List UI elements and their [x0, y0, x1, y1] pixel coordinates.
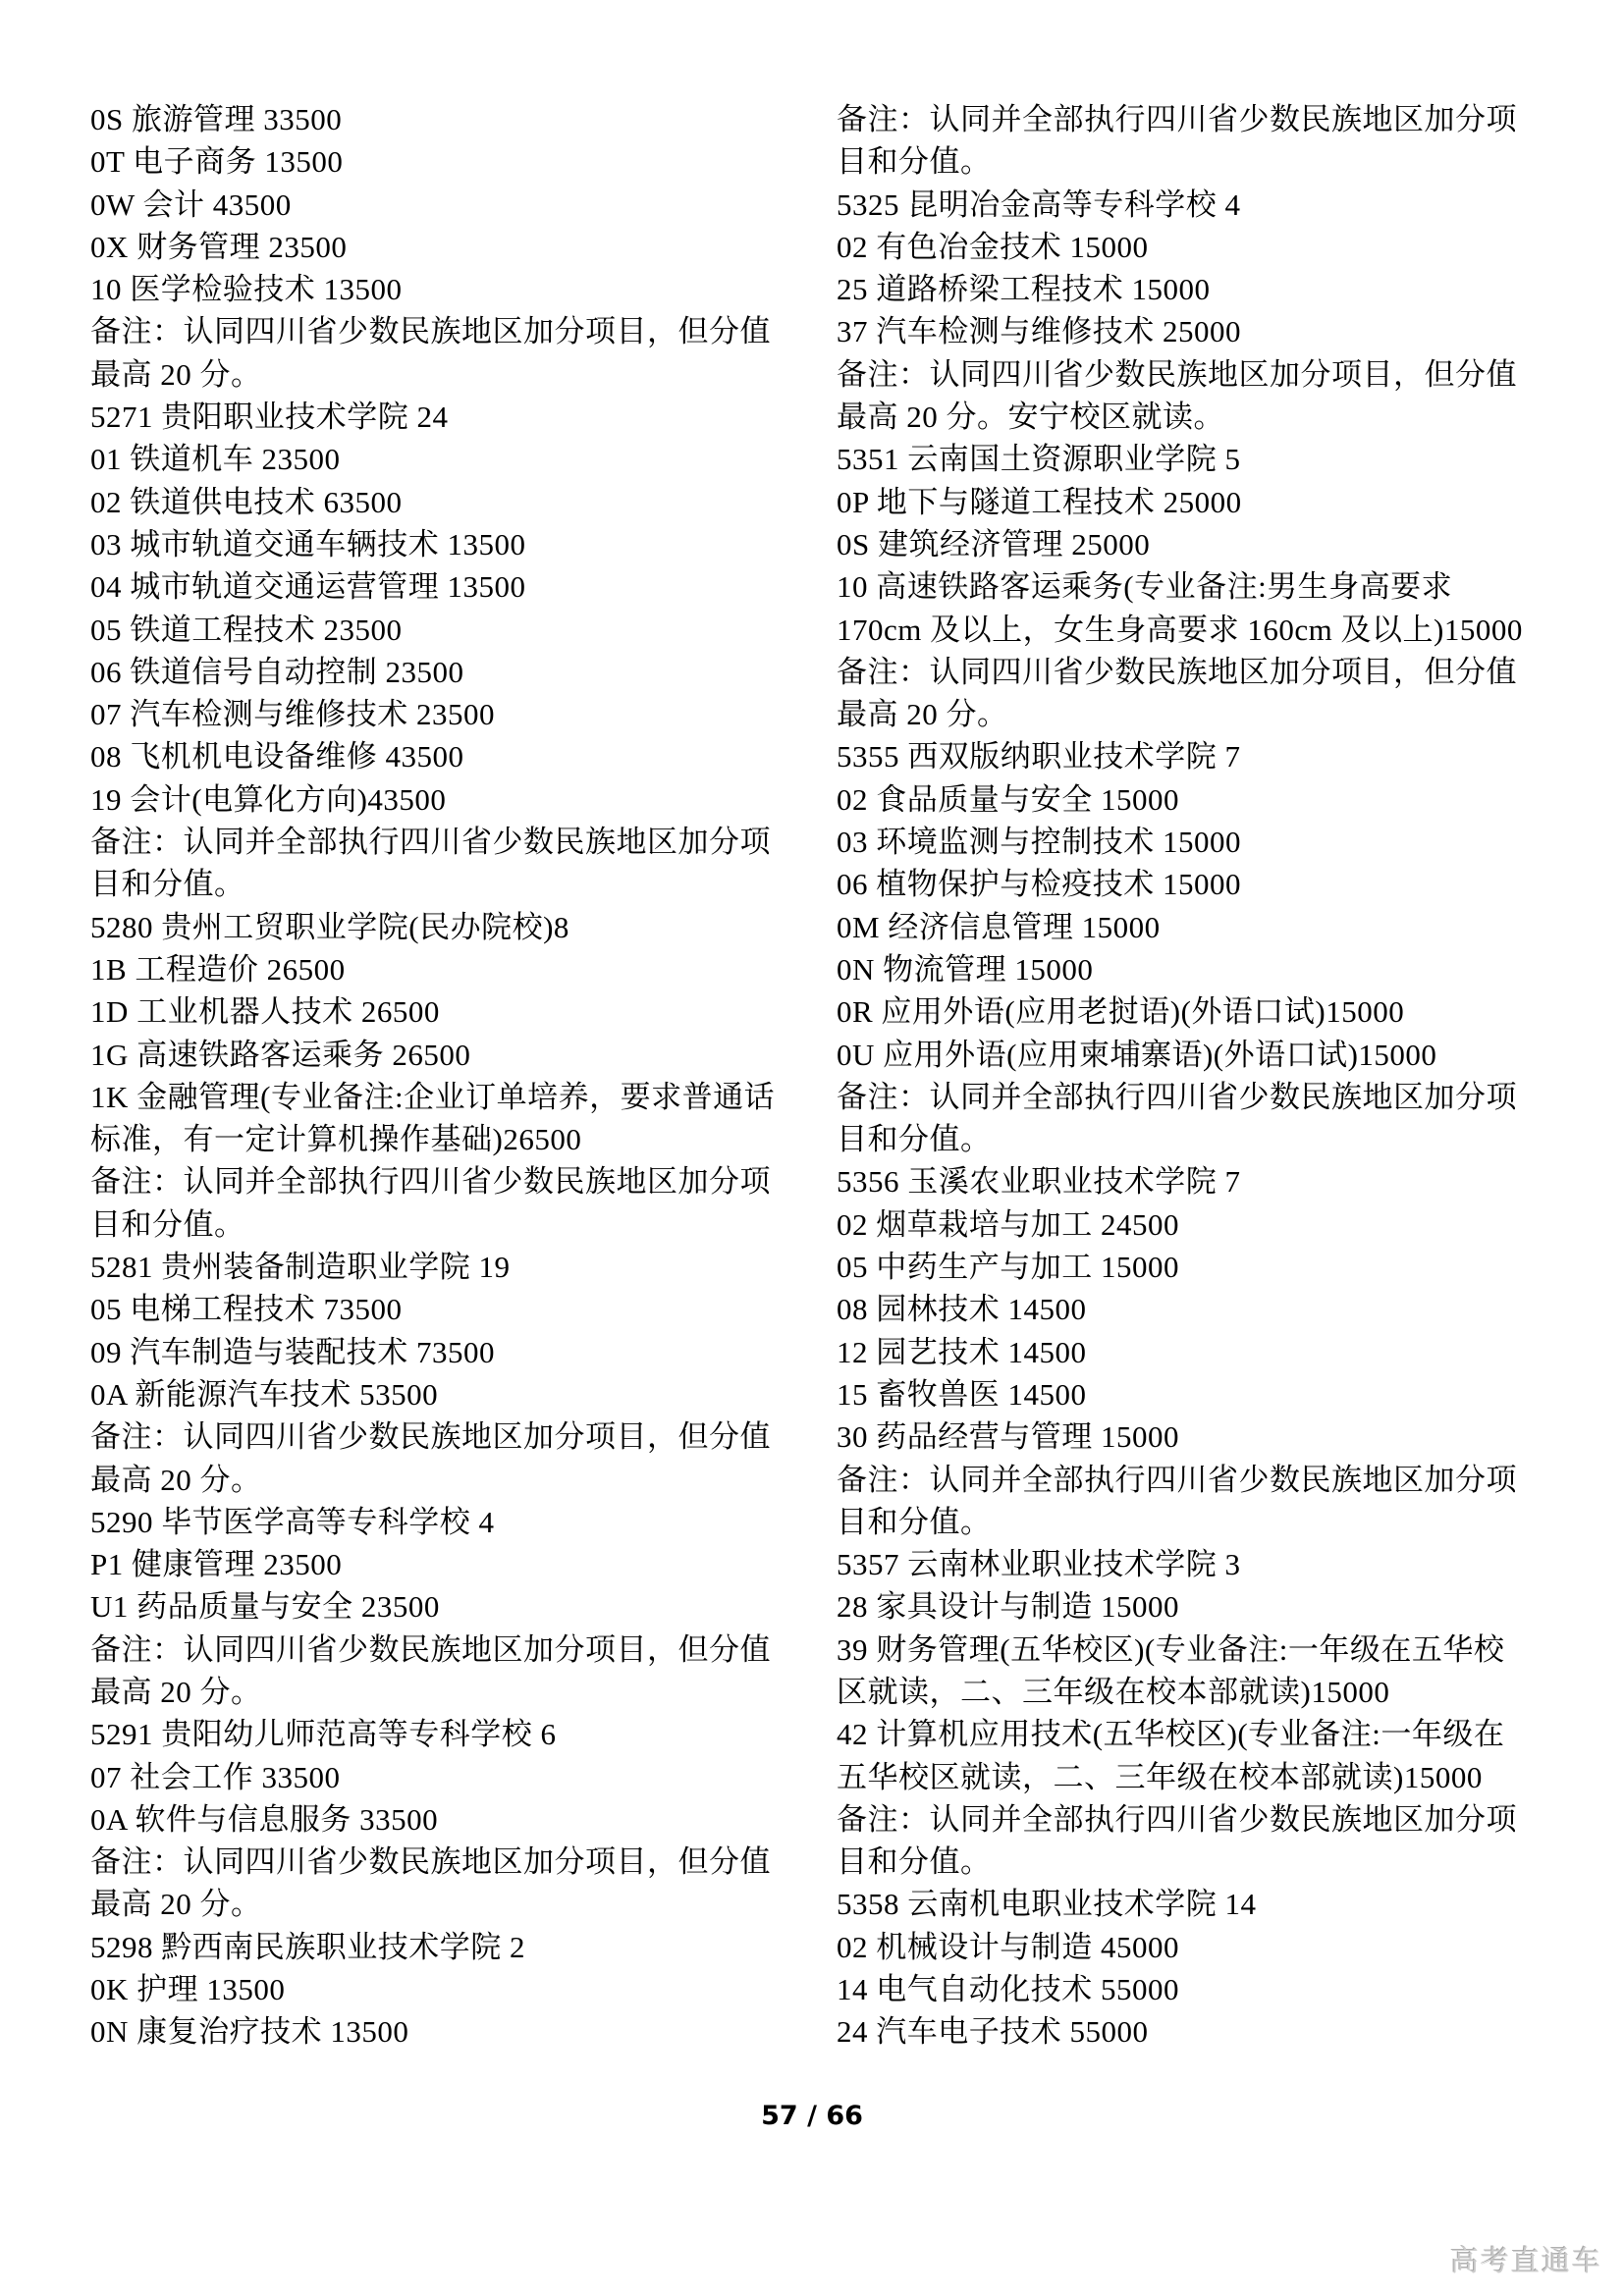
- text-line: 0W 会计 43500: [90, 184, 792, 226]
- text-line: 14 电气自动化技术 55000: [837, 1968, 1539, 2010]
- text-line: 30 药品经营与管理 15000: [837, 1415, 1539, 1458]
- text-line: 15 畜牧兽医 14500: [837, 1373, 1539, 1415]
- text-line: 08 园林技术 14500: [837, 1288, 1539, 1330]
- text-line: 02 有色冶金技术 15000: [837, 226, 1539, 268]
- text-line: 备注：认同四川省少数民族地区加分项目，但分值: [837, 353, 1539, 396]
- text-line: 5351 云南国土资源职业学院 5: [837, 438, 1539, 480]
- text-line: 05 电梯工程技术 73500: [90, 1288, 792, 1330]
- text-line: 最高 20 分。: [837, 693, 1539, 735]
- text-line: 目和分值。: [90, 863, 792, 905]
- text-line: 备注：认同四川省少数民族地区加分项目，但分值: [90, 1841, 792, 1883]
- text-line: 0R 应用外语(应用老挝语)(外语口试)15000: [837, 990, 1539, 1033]
- text-line: 0X 财务管理 23500: [90, 226, 792, 268]
- text-line: 01 铁道机车 23500: [90, 438, 792, 480]
- text-line: 备注：认同并全部执行四川省少数民族地区加分项: [837, 1798, 1539, 1841]
- text-line: 02 铁道供电技术 63500: [90, 481, 792, 523]
- text-line: 12 园艺技术 14500: [837, 1331, 1539, 1373]
- text-line: 0A 软件与信息服务 33500: [90, 1798, 792, 1841]
- text-line: 备注：认同四川省少数民族地区加分项目，但分值: [90, 1629, 792, 1671]
- right-column: 备注：认同并全部执行四川省少数民族地区加分项目和分值。5325 昆明冶金高等专科…: [837, 98, 1539, 2054]
- text-line: 5290 毕节医学高等专科学校 4: [90, 1501, 792, 1543]
- text-line: 0K 护理 13500: [90, 1968, 792, 2010]
- text-line: 最高 20 分。: [90, 1459, 792, 1501]
- text-line: 备注：认同四川省少数民族地区加分项目，但分值: [90, 1415, 792, 1458]
- text-line: U1 药品质量与安全 23500: [90, 1585, 792, 1628]
- text-line: 07 社会工作 33500: [90, 1756, 792, 1798]
- text-line: 5291 贵阳幼儿师范高等专科学校 6: [90, 1713, 792, 1755]
- text-line: 0M 经济信息管理 15000: [837, 906, 1539, 948]
- text-line: 02 机械设计与制造 45000: [837, 1926, 1539, 1968]
- text-line: 备注：认同并全部执行四川省少数民族地区加分项: [90, 821, 792, 863]
- text-line: 5271 贵阳职业技术学院 24: [90, 396, 792, 438]
- text-line: 0T 电子商务 13500: [90, 140, 792, 183]
- text-line: 0N 康复治疗技术 13500: [90, 2010, 792, 2053]
- text-line: 目和分值。: [90, 1203, 792, 1246]
- text-line: 备注：认同并全部执行四川省少数民族地区加分项: [837, 1076, 1539, 1118]
- text-line: 五华校区就读，二、三年级在校本部就读)15000: [837, 1756, 1539, 1798]
- text-line: 02 食品质量与安全 15000: [837, 778, 1539, 821]
- text-line: 06 铁道信号自动控制 23500: [90, 651, 792, 693]
- text-line: 24 汽车电子技术 55000: [837, 2010, 1539, 2053]
- text-line: 标准，有一定计算机操作基础)26500: [90, 1118, 792, 1160]
- text-line: 最高 20 分。安宁校区就读。: [837, 396, 1539, 438]
- text-line: 1G 高速铁路客运乘务 26500: [90, 1034, 792, 1076]
- text-line: 5280 贵州工贸职业学院(民办院校)8: [90, 906, 792, 948]
- text-line: 5298 黔西南民族职业技术学院 2: [90, 1926, 792, 1968]
- text-line: 备注：认同四川省少数民族地区加分项目，但分值: [837, 651, 1539, 693]
- text-line: 03 环境监测与控制技术 15000: [837, 821, 1539, 863]
- text-line: 19 会计(电算化方向)43500: [90, 778, 792, 821]
- text-line: 0P 地下与隧道工程技术 25000: [837, 481, 1539, 523]
- text-line: 10 医学检验技术 13500: [90, 268, 792, 310]
- text-line: 备注：认同四川省少数民族地区加分项目，但分值: [90, 310, 792, 352]
- text-line: 39 财务管理(五华校区)(专业备注:一年级在五华校: [837, 1629, 1539, 1671]
- text-line: 5357 云南林业职业技术学院 3: [837, 1543, 1539, 1585]
- text-line: 09 汽车制造与装配技术 73500: [90, 1331, 792, 1373]
- text-line: 04 城市轨道交通运营管理 13500: [90, 565, 792, 608]
- text-line: 最高 20 分。: [90, 1883, 792, 1925]
- text-line: 备注：认同并全部执行四川省少数民族地区加分项: [837, 98, 1539, 140]
- text-line: 28 家具设计与制造 15000: [837, 1585, 1539, 1628]
- text-line: 5325 昆明冶金高等专科学校 4: [837, 184, 1539, 226]
- text-line: 最高 20 分。: [90, 1671, 792, 1713]
- text-line: 02 烟草栽培与加工 24500: [837, 1203, 1539, 1246]
- text-line: 5356 玉溪农业职业技术学院 7: [837, 1160, 1539, 1202]
- text-line: 07 汽车检测与维修技术 23500: [90, 693, 792, 735]
- watermark: 高考直通车: [1450, 2239, 1602, 2279]
- text-line: 目和分值。: [837, 140, 1539, 183]
- text-line: 5358 云南机电职业技术学院 14: [837, 1883, 1539, 1925]
- text-line: 1D 工业机器人技术 26500: [90, 990, 792, 1033]
- text-line: 25 道路桥梁工程技术 15000: [837, 268, 1539, 310]
- text-line: 5355 西双版纳职业技术学院 7: [837, 735, 1539, 777]
- text-line: 42 计算机应用技术(五华校区)(专业备注:一年级在: [837, 1713, 1539, 1755]
- text-line: 170cm 及以上，女生身高要求 160cm 及以上)15000: [837, 609, 1539, 651]
- document-page: 0S 旅游管理 335000T 电子商务 135000W 会计 435000X …: [0, 0, 1624, 2296]
- text-line: 0S 建筑经济管理 25000: [837, 523, 1539, 565]
- text-line: 03 城市轨道交通车辆技术 13500: [90, 523, 792, 565]
- text-line: 5281 贵州装备制造职业学院 19: [90, 1246, 792, 1288]
- page-number: 57 / 66: [0, 2101, 1624, 2131]
- text-line: 0U 应用外语(应用柬埔寨语)(外语口试)15000: [837, 1034, 1539, 1076]
- text-line: 05 中药生产与加工 15000: [837, 1246, 1539, 1288]
- text-line: 0N 物流管理 15000: [837, 948, 1539, 990]
- text-line: 最高 20 分。: [90, 353, 792, 396]
- text-line: P1 健康管理 23500: [90, 1543, 792, 1585]
- left-column: 0S 旅游管理 335000T 电子商务 135000W 会计 435000X …: [90, 98, 792, 2054]
- text-line: 05 铁道工程技术 23500: [90, 609, 792, 651]
- text-line: 0S 旅游管理 33500: [90, 98, 792, 140]
- text-line: 08 飞机机电设备维修 43500: [90, 735, 792, 777]
- text-line: 目和分值。: [837, 1118, 1539, 1160]
- text-line: 区就读，二、三年级在校本部就读)15000: [837, 1671, 1539, 1713]
- text-line: 37 汽车检测与维修技术 25000: [837, 310, 1539, 352]
- text-line: 1K 金融管理(专业备注:企业订单培养，要求普通话: [90, 1076, 792, 1118]
- text-line: 06 植物保护与检疫技术 15000: [837, 863, 1539, 905]
- text-line: 目和分值。: [837, 1501, 1539, 1543]
- text-line: 备注：认同并全部执行四川省少数民族地区加分项: [837, 1459, 1539, 1501]
- text-line: 备注：认同并全部执行四川省少数民族地区加分项: [90, 1160, 792, 1202]
- text-line: 1B 工程造价 26500: [90, 948, 792, 990]
- text-line: 10 高速铁路客运乘务(专业备注:男生身高要求: [837, 565, 1539, 608]
- text-line: 目和分值。: [837, 1841, 1539, 1883]
- text-line: 0A 新能源汽车技术 53500: [90, 1373, 792, 1415]
